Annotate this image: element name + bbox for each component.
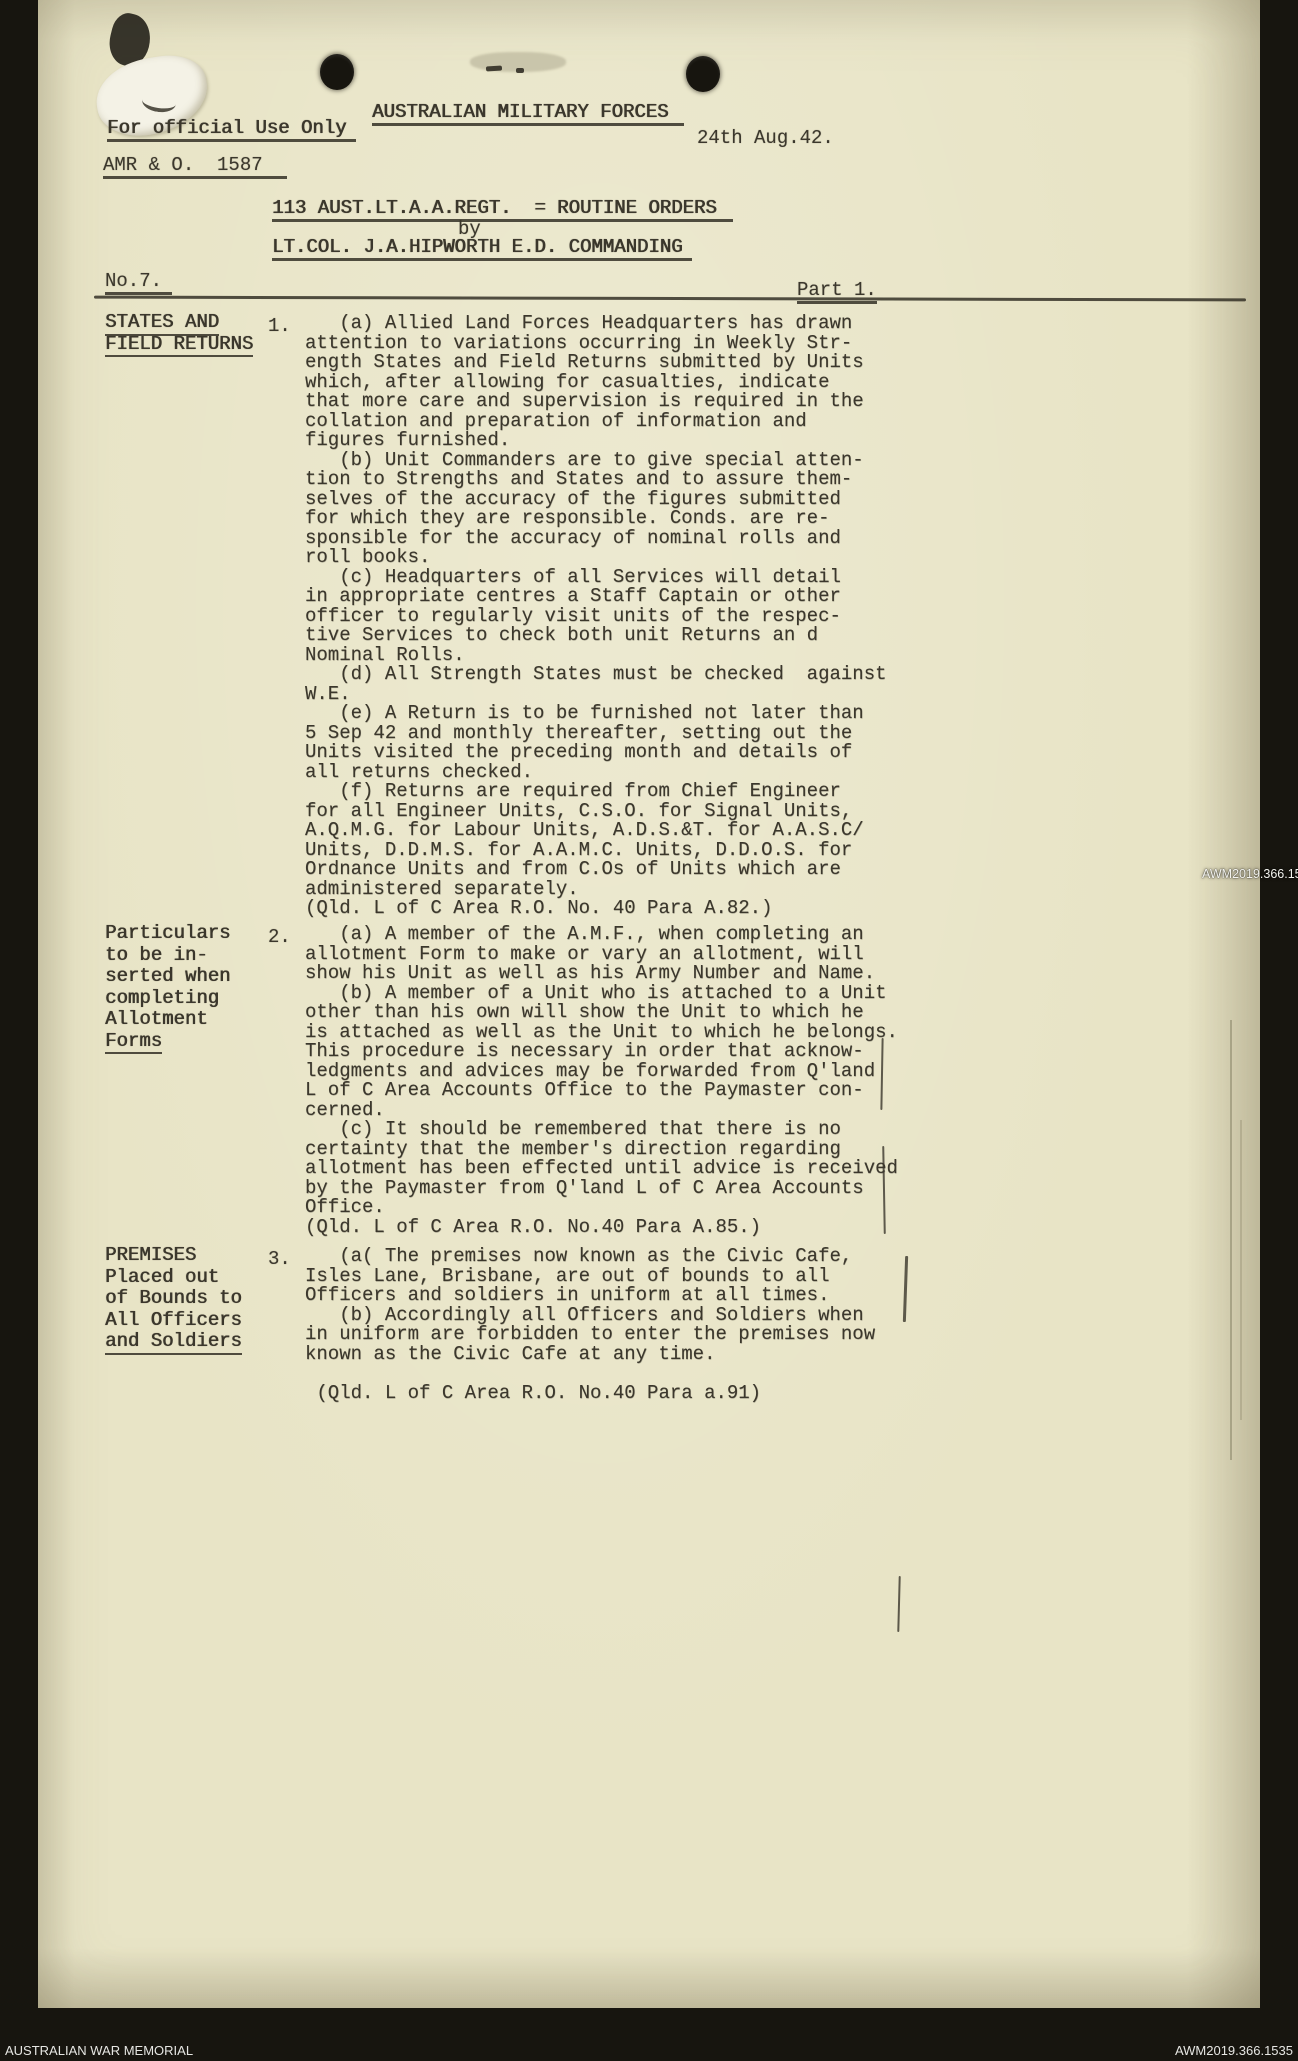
section-body: (a) A member of the A.M.F., when complet… (305, 925, 898, 1237)
sidebar-heading-line: serted when (105, 966, 230, 988)
body-text-line: tive Services to check both unit Returns… (305, 626, 887, 646)
body-text-line: Office. (305, 1198, 898, 1218)
body-text-line: (a) Allied Land Forces Headquarters has … (305, 314, 887, 334)
sidebar-heading-line: to be in- (105, 945, 208, 967)
sidebar-heading: PREMISESPlaced outof Bounds toAll Office… (105, 1245, 242, 1353)
margin-stroke-mark (903, 1256, 908, 1322)
document-title: 113 AUST.LT.A.A.REGT. = ROUTINE ORDERS (272, 198, 733, 219)
body-text-line: known as the Civic Cafe at any time. (305, 1345, 875, 1365)
paper-crease (1240, 1120, 1242, 1420)
punch-hole-icon (320, 54, 354, 90)
sidebar-heading-line: Forms (105, 1031, 162, 1053)
section-body: (a) Allied Land Forces Headquarters has … (305, 314, 887, 919)
body-text-line: (d) All Strength States must be checked … (305, 665, 887, 685)
body-text-line: figures furnished. (305, 431, 887, 451)
organisation-title: AUSTRALIAN MILITARY FORCES (372, 102, 684, 123)
classification-label: For official Use Only (107, 118, 356, 139)
scan-mat-background: AUSTRALIAN MILITARY FORCES For official … (0, 0, 1298, 2061)
edge-accession-number: AWM2019.366.1535 (1202, 867, 1298, 881)
body-text-line: allotment has been effected until advice… (305, 1159, 898, 1179)
body-text-line: ength States and Field Returns submitted… (305, 353, 887, 373)
body-text-line: This procedure is necessary in order tha… (305, 1042, 898, 1062)
body-text-line: (a) A member of the A.M.F., when complet… (305, 925, 898, 945)
paper-crease (1230, 1020, 1232, 1460)
sidebar-heading-line: FIELD RETURNS (105, 334, 253, 356)
ink-dash-mark (516, 68, 524, 73)
reference-number: AMR & O. 1587 (103, 155, 287, 176)
sidebar-heading-line: All Officers (105, 1310, 242, 1332)
header-horizontal-rule (94, 296, 1246, 302)
footer-accession-number: AWM2019.366.1535 (1175, 2043, 1293, 2058)
sidebar-heading-line: and Soldiers (105, 1331, 242, 1353)
section-body: (a( The premises now known as the Civic … (305, 1247, 875, 1403)
sidebar-heading-line: STATES AND (105, 312, 219, 334)
body-text-line: (Qld. L of C Area R.O. No.40 Para A.85.) (305, 1218, 898, 1238)
body-text-line: (c) It should be remembered that there i… (305, 1120, 898, 1140)
body-text-line: (f) Returns are required from Chief Engi… (305, 782, 887, 802)
body-text-line: Units visited the preceding month and de… (305, 743, 887, 763)
body-text-line: other than his own will show the Unit to… (305, 1003, 898, 1023)
body-text-line: A.Q.M.G. for Labour Units, A.D.S.&T. for… (305, 821, 887, 841)
punch-hole-icon (686, 56, 720, 92)
sidebar-heading-line: Particulars (105, 923, 230, 945)
sidebar-heading-line: of Bounds to (105, 1288, 242, 1310)
sidebar-heading: STATES ANDFIELD RETURNS (105, 312, 253, 355)
body-text-line: Officers and soldiers in uniform at all … (305, 1286, 875, 1306)
footer-archive-name: AUSTRALIAN WAR MEMORIAL (5, 2043, 193, 2058)
sidebar-heading-line: Allotment (105, 1009, 208, 1031)
body-text-line: that more care and supervision is requir… (305, 392, 887, 412)
body-text-line: show his Unit as well as his Army Number… (305, 964, 898, 984)
document-date: 24th Aug.42. (697, 128, 834, 149)
sidebar-heading-line: Placed out (105, 1267, 219, 1289)
margin-stroke-mark (897, 1576, 900, 1632)
sidebar-heading-line: completing (105, 988, 219, 1010)
body-text-line: (Qld. L of C Area R.O. No. 40 Para A.82.… (305, 899, 887, 919)
body-text-line: (a( The premises now known as the Civic … (305, 1247, 875, 1267)
body-text-line: Ordnance Units and from C.Os of Units wh… (305, 860, 887, 880)
order-number: No.7. (105, 271, 172, 292)
body-text-line: in uniform are forbidden to enter the pr… (305, 1325, 875, 1345)
item-number: 2. (268, 926, 291, 948)
body-text-line: (e) A Return is to be furnished not late… (305, 704, 887, 724)
body-text-line: by the Paymaster from Q'land L of C Area… (305, 1179, 898, 1199)
body-text-line: roll books. (305, 548, 887, 568)
body-text-line: L of C Area Accounts Office to the Payma… (305, 1081, 898, 1101)
body-text-line: (Qld. L of C Area R.O. No.40 Para a.91) (305, 1384, 875, 1404)
body-text-line: for which they are responsible. Conds. a… (305, 509, 887, 529)
item-number: 3. (268, 1248, 291, 1270)
sidebar-heading: Particularsto be in-serted whencompletin… (105, 923, 230, 1052)
item-number: 1. (268, 315, 291, 337)
commanding-officer-line: LT.COL. J.A.HIPWORTH E.D. COMMANDING (272, 237, 692, 258)
body-text-line (305, 1364, 875, 1384)
body-text-line: in appropriate centres a Staff Captain o… (305, 587, 887, 607)
body-text-line: tion to Strengths and States and to assu… (305, 470, 887, 490)
document-page: AUSTRALIAN MILITARY FORCES For official … (38, 0, 1260, 2008)
sidebar-heading-line: PREMISES (105, 1245, 196, 1267)
